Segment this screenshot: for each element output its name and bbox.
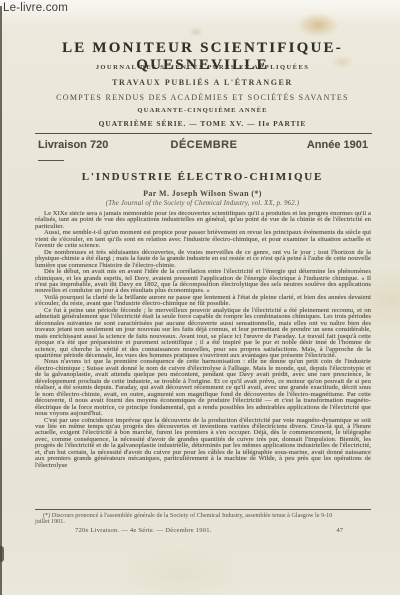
article-byline: Par M. Joseph Wilson Swan (*) xyxy=(35,189,370,198)
article-citation: (The Journal of the Society of Chemical … xyxy=(35,200,370,207)
watermark-text: Le-livre.com xyxy=(3,2,68,14)
page-footer: 720e Livraison. — 4e Série. — Décembre 1… xyxy=(35,527,371,537)
body-paragraph: De nombreuses et très séduisantes découv… xyxy=(35,250,371,269)
masthead-line-serie: QUATRIÈME SÉRIE. — TOME XV. — IIe PARTIE xyxy=(35,119,370,128)
body-paragraph: Aussi, me semble-t-il qu'un moment est p… xyxy=(35,230,371,249)
masthead-line-comptes: COMPTES RENDUS DES ACADÉMIES ET SOCIÉTÉS… xyxy=(35,93,370,102)
body-paragraph: Nous n'avons ici que la première conséqu… xyxy=(35,359,371,417)
footer-issue-info: 720e Livraison. — 4e Série. — Décembre 1… xyxy=(75,527,212,534)
masthead-line-annee: QUARANTE-CINQUIÈME ANNÉE xyxy=(35,107,370,114)
issue-year: Année 1901 xyxy=(307,139,368,151)
article-title: L'INDUSTRIE ÉLECTRO-CHIMIQUE xyxy=(35,171,370,183)
body-paragraph: Dès le début, on avait mis en avant l'id… xyxy=(35,269,371,295)
masthead-line-travaux: TRAVAUX PUBLIÉS A L'ÉTRANGER xyxy=(35,78,370,87)
body-paragraph: C'est par une coïncidence imprévue que l… xyxy=(35,418,371,470)
article-body: Le XIXe siècle sera à jamais mémorable p… xyxy=(35,211,371,508)
footer-page-number: 47 xyxy=(336,527,343,534)
body-paragraph: Ce fut à peine une période féconde ; le … xyxy=(35,308,371,360)
body-paragraph: Voilà pourquoi la clarté de la brillante… xyxy=(35,295,371,308)
footnote-text: (*) Discours prononcé à l'assemblée géné… xyxy=(35,513,340,526)
scanned-journal-page: Le-livre.com LE MONITEUR SCIENTIFIQUE-QU… xyxy=(0,0,400,595)
scan-edge-mark xyxy=(0,546,4,562)
footnote-rule xyxy=(35,509,371,510)
issue-bar: Livraison 720 DÉCEMBRE Année 1901 xyxy=(38,139,370,153)
footnote-content: (*) Discours prononcé à l'assemblée géné… xyxy=(35,512,332,525)
scan-left-edge xyxy=(0,6,2,595)
masthead-divider-rule xyxy=(35,133,372,134)
issue-short-rule xyxy=(38,160,64,161)
masthead-subtitle: JOURNAL DES SCIENCES PURES ET APPLIQUÉES xyxy=(35,64,370,71)
body-paragraph: Le XIXe siècle sera à jamais mémorable p… xyxy=(35,211,371,230)
